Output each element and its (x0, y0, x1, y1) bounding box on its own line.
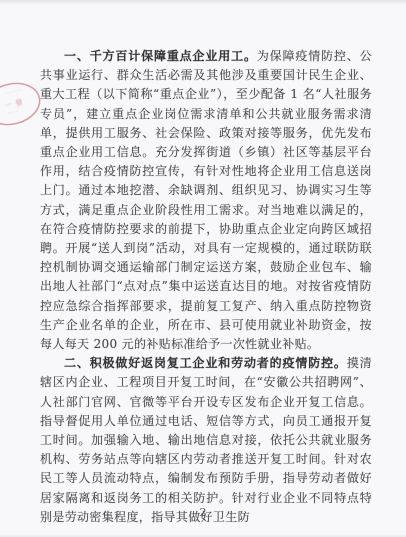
scan-edge-top (0, 0, 406, 5)
paragraph-1-heading: 一、千方百计保障重点企业用工。 (64, 49, 257, 63)
document-body: 一、千方百计保障重点企业用工。为保障疫情防控、公共事业运行、群众生活必需及其他涉… (40, 47, 372, 527)
page-number: 2 (0, 505, 406, 519)
scanned-document-page: ······· 一 發 ···· 一、千方百计保障重点企业用工。为保障疫情防控、… (0, 0, 406, 537)
paragraph-2-text: 摸清辖区内企业、工程项目开复工时间，在“安徽公共招聘网”、人社部门官网、官微等平… (40, 356, 372, 524)
red-oval-stamp: ······· 一 發 ···· (0, 73, 45, 135)
paragraph-1: 一、千方百计保障重点企业用工。为保障疫情防控、公共事业运行、群众生活必需及其他涉… (40, 47, 372, 354)
paragraph-2: 二、积极做好返岗复工企业和劳动者的疫情防控。摸清辖区内企业、工程项目开复工时间，… (40, 354, 372, 527)
paragraph-2-heading: 二、积极做好返岗复工企业和劳动者的疫情防控。 (64, 356, 347, 370)
paragraph-1-text: 为保障疫情防控、公共事业运行、群众生活必需及其他涉及重要国计民生企业、重大工程（… (40, 49, 372, 351)
